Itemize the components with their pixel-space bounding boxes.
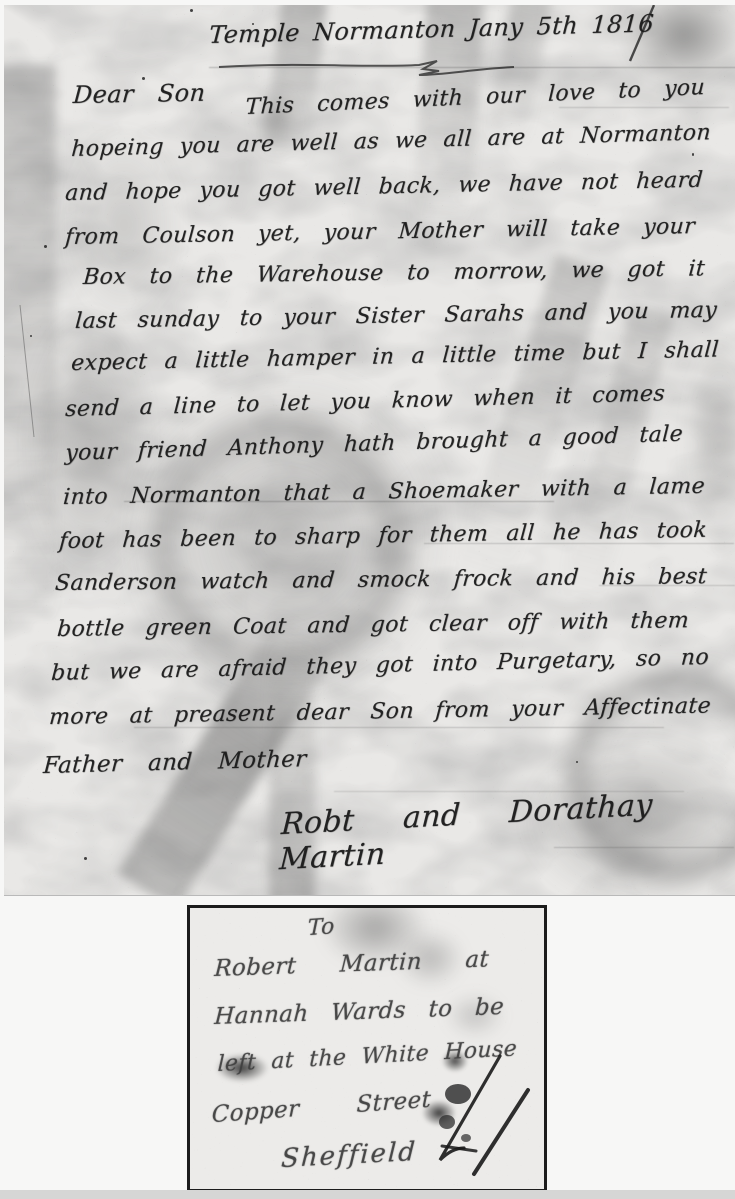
address-line: Sheffield [280,1137,417,1174]
letter-line: bottle green Coat and got clear off with… [56,608,690,642]
address-line: left at the White House [217,1036,517,1077]
letter-line: hopeing you are well as we all are at No… [70,120,711,162]
letter-line: expect a little hamper in a little time … [70,337,720,376]
ink-speck [84,857,87,860]
address-line: To [308,914,335,941]
letter-line: Sanderson watch and smock frock and his … [54,564,708,596]
scan-edge-strip [0,1190,735,1199]
letter-line: but we are afraid they got into Purgetar… [50,645,709,686]
address-line: Copper Street [212,1087,432,1128]
letter-line: Father and Mother [42,746,307,779]
letter-line: from Coulson yet, your Mother will take … [64,214,696,250]
letter-line: foot has been to sharp for them all he h… [58,518,708,554]
ink-speck [30,335,32,337]
address-line: Hannah Wards to be [214,994,505,1030]
stain [4,65,56,625]
address-line: Robert Martin at [214,946,490,982]
letter-sheet: Temple Normanton Jany 5th 1816 Dear Son … [4,5,735,895]
letter-line: last sunday to your Sister Sarahs and yo… [74,298,718,334]
ink-speck [692,153,694,156]
letter-line: into Normanton that a Shoemaker with a l… [62,474,706,510]
letter-line: and hope you got well back, we have not … [64,168,704,206]
letter-line: more at preasent dear Son from your Affe… [48,693,712,730]
letter-line: Box to the Warehouse to morrow, we got i… [82,256,706,290]
letter-opening: This comes with our love to you [245,75,706,120]
ink-speck [576,761,578,763]
fold-line [559,107,729,108]
scanned-letter-image: Temple Normanton Jany 5th 1816 Dear Son … [0,0,735,1199]
fold-line [209,67,735,68]
letter-line: send a line to let you know when it come… [64,381,665,422]
letter-dateline: Temple Normanton Jany 5th 1816 [208,9,655,49]
envelope-panel: To Robert Martin at Hannah Wards to be l… [187,905,547,1192]
letter-line: your friend Anthony hath brought a good … [65,422,684,466]
ink-speck [44,245,47,248]
ink-speck [190,9,193,12]
letter-signature: Robt and Dorathay Martin [278,788,653,878]
letter-salutation: Dear Son [72,79,206,109]
